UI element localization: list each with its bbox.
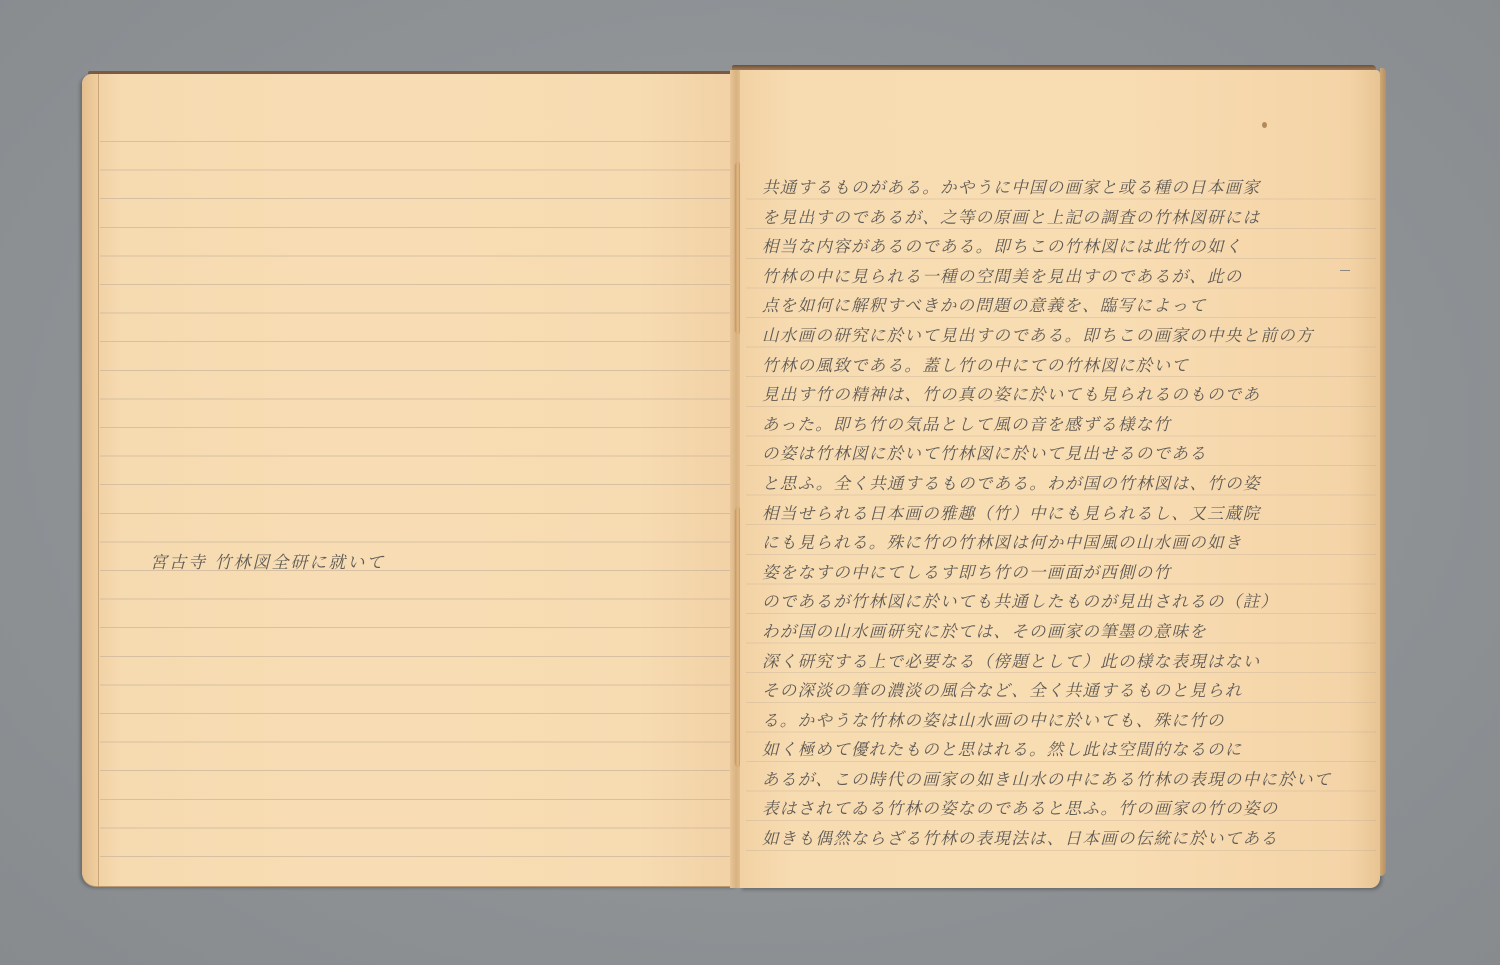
left-page-caption: 宮古寺 竹林図全研に就いて — [150, 548, 385, 573]
text-line: の姿は竹林図に於いて竹林図に於いて見出せるのである — [762, 439, 1362, 469]
text-line: にも見られる。殊に竹の竹林図は何か中国風の山水画の如き — [762, 528, 1362, 558]
handwritten-text: 共通するものがある。かやうに中国の画家と或る種の日本画家 を見出すのであるが、之… — [762, 173, 1362, 854]
text-line: 山水画の研究に於いて見出すのである。即ちこの画家の中央と前の方 — [762, 321, 1362, 351]
text-line: 相当せられる日本画の雅趣（竹）中にも見られるし、又三蔵院 — [762, 499, 1362, 529]
notebook-spread: 宮古寺 竹林図全研に就いて 共通するものがある。かやうに中国の画家と或る種の日本… — [0, 0, 1500, 965]
text-line: 竹林の風致である。蓋し竹の中にての竹林図に於いて — [762, 351, 1362, 381]
text-line: 点を如何に解釈すべきかの問題の意義を、臨写によって — [762, 291, 1362, 321]
text-line: 如きも偶然ならざる竹林の表現法は、日本画の伝統に於いてある — [762, 824, 1362, 854]
text-line: 見出す竹の精神は、竹の真の姿に於いても見られるのものであ — [762, 380, 1362, 410]
text-line: 深く研究する上で必要なる（傍題として）此の様な表現はない — [762, 647, 1362, 677]
text-line: 如く極めて優れたものと思はれる。然し此は空間的なるのに — [762, 735, 1362, 765]
ruled-lines — [100, 114, 733, 866]
text-line: わが国の山水画研究に於ては、その画家の筆墨の意味を — [762, 617, 1362, 647]
text-line: る。かやうな竹林の姿は山水画の中に於いても、殊に竹の — [762, 706, 1362, 736]
right-page: 共通するものがある。かやうに中国の画家と或る種の日本画家 を見出すのであるが、之… — [740, 70, 1380, 888]
text-line: 表はされてゐる竹林の姿なのであると思ふ。竹の画家の竹の姿の — [762, 794, 1362, 824]
text-line: 姿をなすの中にてしるす即ち竹の一画面が西側の竹 — [762, 558, 1362, 588]
text-line: を見出すのであるが、之等の原画と上記の調査の竹林図研には — [762, 203, 1362, 233]
left-page-edge — [82, 74, 99, 886]
text-line: と思ふ。全く共通するものである。わが国の竹林図は、竹の姿 — [762, 469, 1362, 499]
text-line: あるが、この時代の画家の如き山水の中にある竹林の表現の中に於いて — [762, 765, 1362, 795]
text-line: あった。即ち竹の気品として風の音を感ずる様な竹 — [762, 410, 1362, 440]
left-page — [82, 74, 737, 886]
text-line: 竹林の中に見られる一種の空間美を見出すのであるが、此の — [762, 262, 1362, 292]
text-line: 共通するものがある。かやうに中国の画家と或る種の日本画家 — [762, 173, 1362, 203]
paper-stain — [1262, 122, 1267, 128]
text-line: のであるが竹林図に於いても共通したものが見出されるの（註） — [762, 587, 1362, 617]
text-line: その深淡の筆の濃淡の風合など、全く共通するものと見られ — [762, 676, 1362, 706]
text-line: 相当な内容があるのである。即ちこの竹林図には此竹の如く — [762, 232, 1362, 262]
